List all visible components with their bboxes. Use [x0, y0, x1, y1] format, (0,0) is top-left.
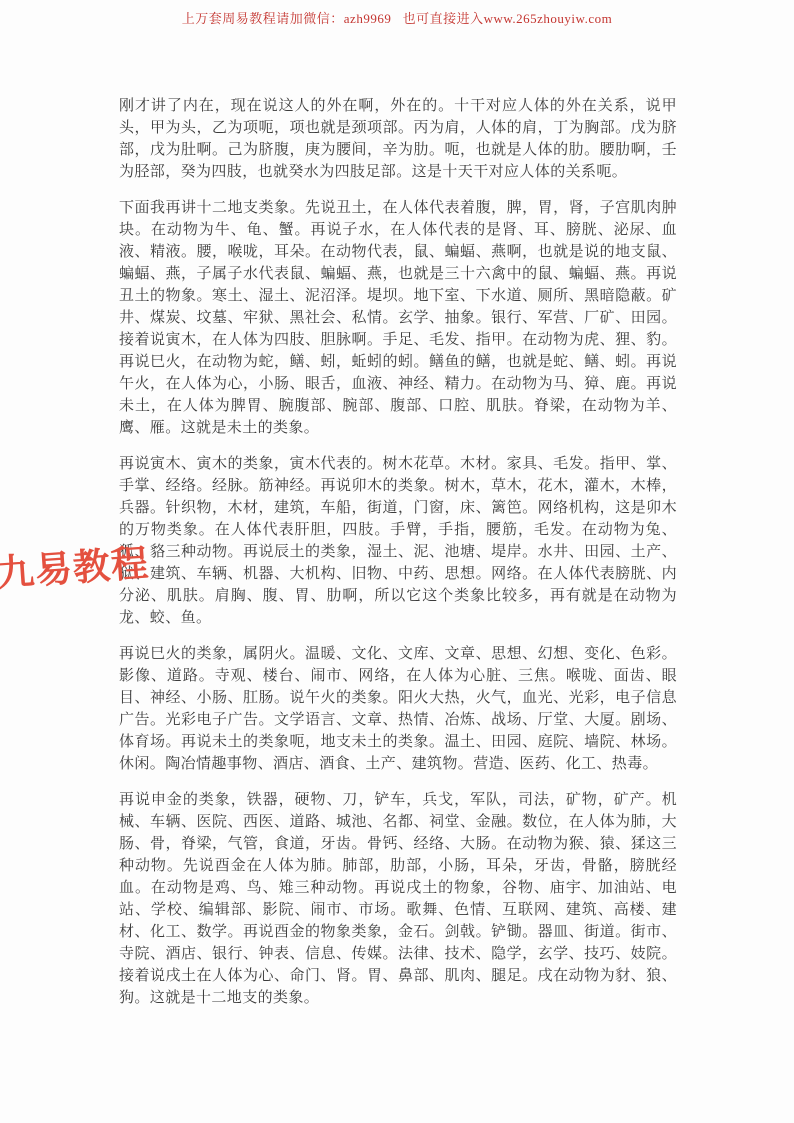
paragraph-si-wu-fire-wei-earth: 再说巳火的类象，属阴火。温暖、文化、文库、文章、思想、幻想、变化、色彩。影像、道…: [119, 643, 677, 775]
watermark-logo: 九易教程: [0, 532, 151, 596]
paragraph-shen-you-metal-xu-earth: 再说申金的类象，铁器，硬物、刀，铲车，兵戈，军队，司法，矿物，矿产。机械、车辆、…: [119, 789, 677, 1009]
document-page: 上万套周易教程请加微信：azh9969 也可直接进入www.265zhouyiw…: [0, 0, 794, 1123]
document-body: 刚才讲了内在，现在说这人的外在啊，外在的。十干对应人体的外在关系，说甲头，甲为头…: [119, 95, 677, 1023]
header-promo-text: 上万套周易教程请加微信：azh9969 也可直接进入www.265zhouyiw…: [0, 8, 794, 27]
paragraph-earthly-branches-intro: 下面我再讲十二地支类象。先说丑土，在人体代表着腹，脾，胃，肾，子宫肌肉肿块。在动…: [119, 197, 677, 439]
paragraph-yin-wood-chen-earth: 再说寅木、寅木的类象，寅木代表的。树木花草。木材。家具、毛发。指甲、掌、手掌、经…: [119, 453, 677, 629]
paragraph-heavenly-stems-body: 刚才讲了内在，现在说这人的外在啊，外在的。十干对应人体的外在关系，说甲头，甲为头…: [119, 95, 677, 183]
